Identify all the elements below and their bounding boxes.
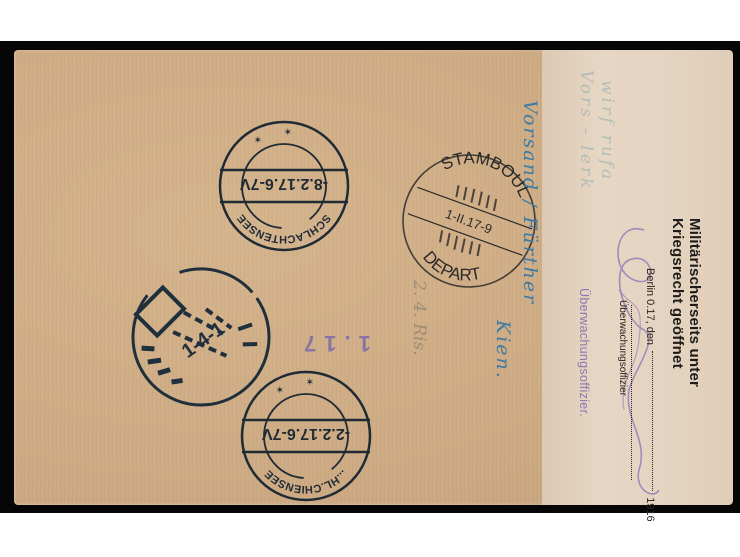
censor-date-dotted-line [652,351,653,491]
svg-text:1-4-1: 1-4-1 [178,318,229,363]
censor-city-prefix: Berlin 0.17, den [644,268,656,345]
censor-officer-caption: Überwachungsoffizier [617,300,628,396]
svg-text:✶: ✶ [254,133,262,144]
violet-date-mark: 1.17 [296,330,371,356]
officer-signature-dotted-line [631,305,632,480]
censor-city-line: Berlin 0.17, den 1916 [644,268,656,522]
svg-text:-2.2.17.6-7V: -2.2.17.6-7V [262,425,350,442]
censor-officer-stamp: Überwachungsoffizier. [577,288,591,417]
envelope: Vors - lerk wirf rufa Militärischerseits… [14,50,733,505]
svg-text:✶: ✶ [284,125,292,136]
faint-handwriting: wirf rufa [597,80,617,182]
censor-year: 1916 [644,497,656,521]
svg-text:✶: ✶ [276,383,284,394]
svg-text:1-II.17-9: 1-II.17-9 [444,206,495,237]
svg-text:-8.2.17.6-7V: -8.2.17.6-7V [240,175,328,192]
handwriting-blue-line-2: Kien. [492,320,514,380]
postmark-schlachtensee-top: -8.2.17.6-7V SCHLACHTENSEE ✶ ✶ [214,116,354,260]
handwriting-blue-line-1: Vorsand / Fürther [519,100,541,430]
faint-handwriting: Vors - lerk [576,70,596,191]
censor-title-line-1: Militärischerseits unter [686,218,703,387]
svg-text:✶: ✶ [306,375,314,386]
censor-title-line-2: Kriegsrecht geöffnet [669,218,686,369]
handwriting-pencil: 2. 4. Ris. [409,280,429,356]
postmark-schlachtensee-bottom: -2.2.17.6-7V ...HL.CHIENSEE ✶ ✶ [236,366,376,510]
censor-title: Militärischerseits unter Kriegsrecht geö… [669,218,703,387]
